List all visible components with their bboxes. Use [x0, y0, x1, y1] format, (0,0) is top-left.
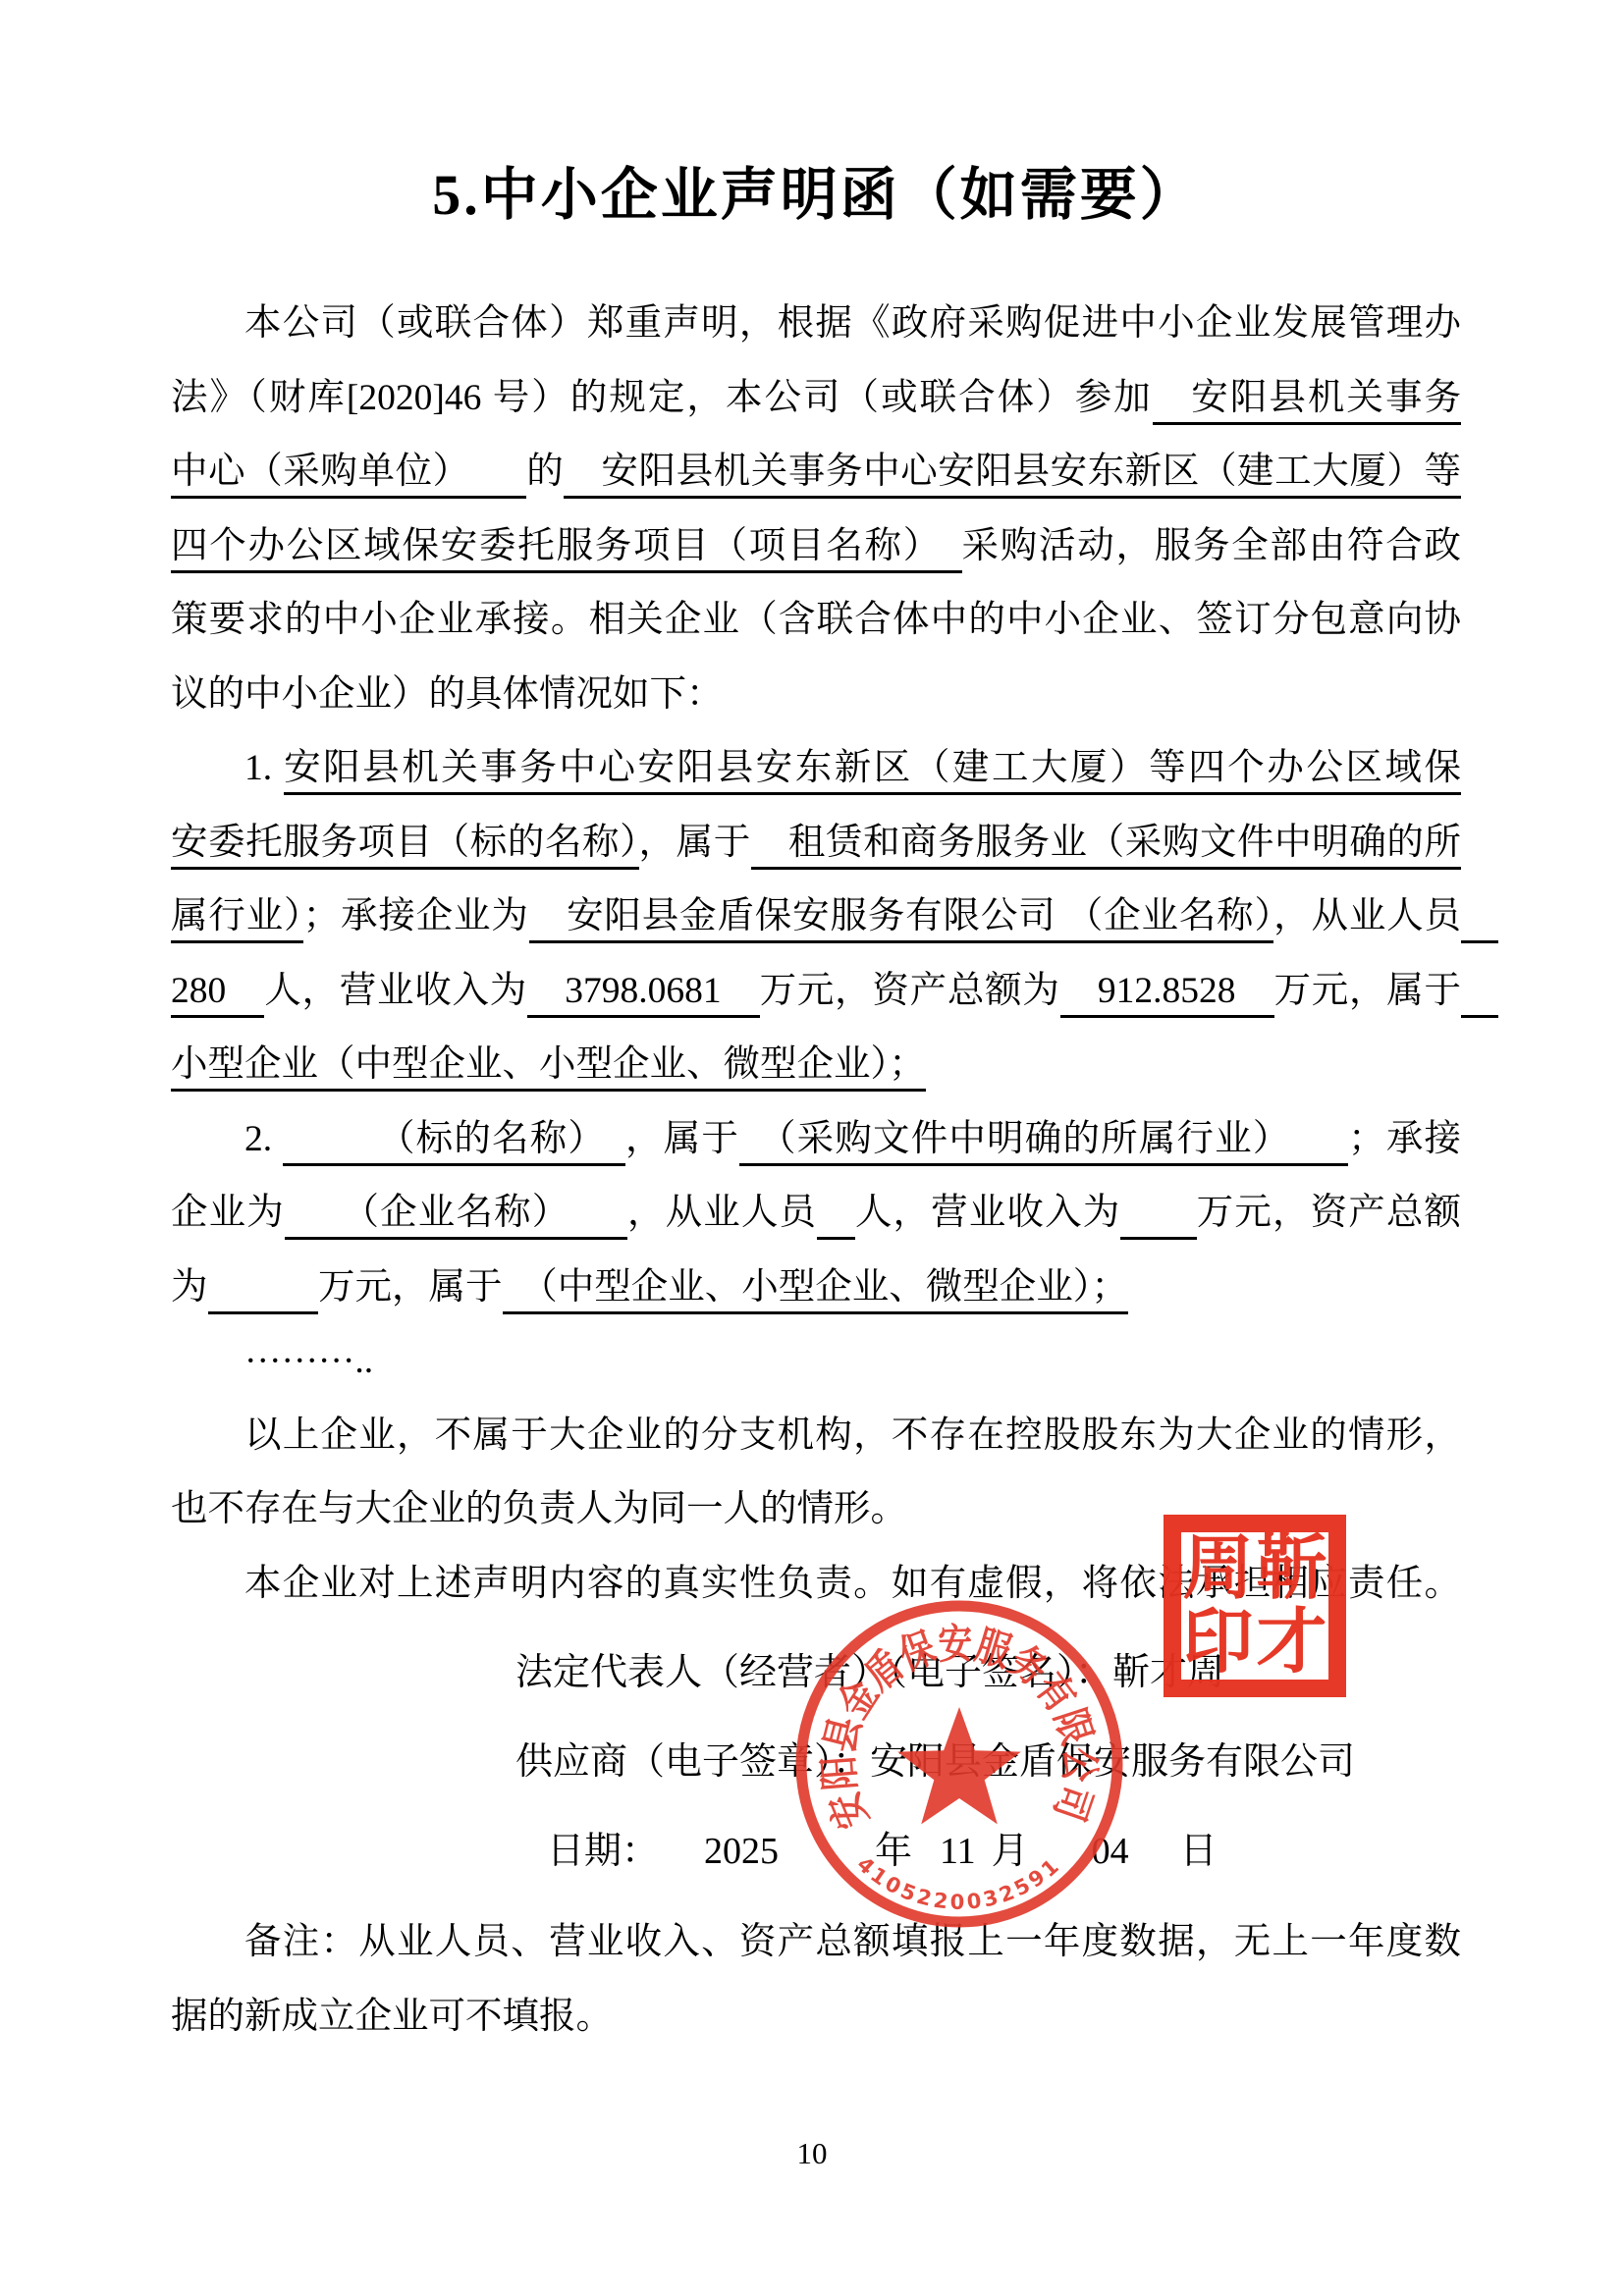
document-line: 2. （标的名称） ，属于 （采购文件中明确的所属行业） ；承接 [171, 1102, 1461, 1177]
personal-name-stamp: 周 靳 印 才 [1164, 1515, 1346, 1697]
stamp-char: 周 [1181, 1532, 1255, 1606]
stamp-char: 靳 [1255, 1532, 1328, 1606]
text-segment: 万元，资产总额 [1197, 1193, 1461, 1233]
filled-blank: 安阳县机关事务中心安阳县安东新区（建工大厦）等 [564, 452, 1461, 499]
text-segment: 为 [171, 1267, 208, 1308]
text-segment: ，从业人员 [1273, 896, 1461, 936]
date-day-unit: 日 [1180, 1831, 1218, 1872]
text-segment: 万元，资产总额为 [760, 971, 1060, 1011]
seal-star-icon [897, 1707, 1021, 1824]
text-segment: 策要求的中小企业承接。相关企业（含联合体中的中小企业、签订分包意向协 [171, 600, 1461, 640]
filled-blank: （标的名称） [283, 1119, 625, 1166]
text-segment: 据的新成立企业可不填报。 [171, 1997, 613, 2037]
document-page: 5.中小企业声明函（如需要） 本公司（或联合体）郑重声明，根据《政府采购促进中小… [0, 0, 1624, 2296]
text-segment: 企业为 [171, 1193, 285, 1233]
document-line: 本公司（或联合体）郑重声明，根据《政府采购促进中小企业发展管理办 [171, 287, 1461, 361]
date-year: 2025 [704, 1831, 779, 1872]
text-segment: 也不存在与大企业的负责人为同一人的情形。 [171, 1489, 907, 1529]
text-segment: ；承接企业为 [303, 896, 529, 936]
filled-blank: （采购文件中明确的所属行业） [739, 1119, 1348, 1166]
filled-blank: 3798.0681 [527, 971, 760, 1018]
document-line: 企业为 （企业名称） ，从业人员 人，营业收入为 万元，资产总额 [171, 1176, 1461, 1251]
document-line: 据的新成立企业可不填报。 [171, 1980, 1461, 2055]
document-line: 中心（采购单位） 的 安阳县机关事务中心安阳县安东新区（建工大厦）等 [171, 435, 1461, 509]
text-segment: ，属于 [625, 1119, 739, 1159]
text-segment: 1. [244, 748, 284, 788]
document-line: 议的中小企业）的具体情况如下： [171, 658, 1461, 732]
document-line: 四个办公区域保安委托服务项目（项目名称） 采购活动，服务全部由符合政 [171, 509, 1461, 584]
stamp-char: 印 [1181, 1606, 1255, 1680]
filled-blank: 安阳县机关事务中心安阳县安东新区（建工大厦）等四个办公区域保 [284, 748, 1461, 795]
text-segment: ，属于 [639, 823, 751, 863]
text-segment: 采购活动，服务全部由符合政 [962, 526, 1462, 566]
document-line: 1. 安阳县机关事务中心安阳县安东新区（建工大厦）等四个办公区域保 [171, 731, 1461, 806]
document-line: 安委托服务项目（标的名称），属于 租赁和商务服务业（采购文件中明确的所 [171, 806, 1461, 881]
filled-blank: （企业名称） [285, 1193, 627, 1240]
company-round-seal: 安阳县金盾保安服务有限公司 4105220032591 [783, 1587, 1136, 1941]
filled-blank [1461, 971, 1498, 1018]
filled-blank: 小型企业（中型企业、小型企业、微型企业）； [171, 1044, 926, 1092]
filled-blank [1120, 1193, 1196, 1240]
text-segment: 法》（财库[2020]46 号）的规定，本公司（或联合体）参加 [171, 378, 1153, 418]
document-line: ·········.. [171, 1324, 1461, 1399]
filled-blank: （中型企业、小型企业、微型企业）； [503, 1267, 1129, 1314]
filled-blank [208, 1267, 319, 1314]
document-title: 5.中小企业声明函（如需要） [171, 147, 1461, 243]
document-line: 属行业）；承接企业为 安阳县金盾保安服务有限公司 （企业名称），从业人员 [171, 880, 1461, 954]
page-number: 10 [0, 2136, 1624, 2171]
text-segment: 议的中小企业）的具体情况如下： [171, 674, 724, 715]
text-segment: 万元，属于 [318, 1267, 503, 1308]
document-line: 为 万元，属于 （中型企业、小型企业、微型企业）； [171, 1251, 1461, 1325]
text-segment: ；承接 [1348, 1119, 1461, 1159]
filled-blank: 租赁和商务服务业（采购文件中明确的所 [751, 823, 1461, 870]
text-segment: 2. [244, 1119, 283, 1159]
document-line: 280 人，营业收入为 3798.0681 万元，资产总额为 912.8528 … [171, 954, 1461, 1029]
filled-blank: 280 [171, 971, 264, 1018]
document-line: 以上企业，不属于大企业的分支机构，不存在控股股东为大企业的情形， [171, 1399, 1461, 1473]
text-segment: 人，营业收入为 [264, 971, 527, 1011]
filled-blank [1461, 896, 1498, 943]
filled-blank: 四个办公区域保安委托服务项目（项目名称） [171, 526, 962, 573]
filled-blank: 912.8528 [1060, 971, 1274, 1018]
filled-blank: 安阳县金盾保安服务有限公司 （企业名称） [529, 896, 1273, 943]
text-segment: ，从业人员 [627, 1193, 817, 1233]
text-segment: 万元，属于 [1274, 971, 1462, 1011]
text-segment: 本公司（或联合体）郑重声明，根据《政府采购促进中小企业发展管理办 [244, 303, 1461, 344]
stamp-char: 才 [1255, 1606, 1328, 1680]
filled-blank [817, 1193, 855, 1240]
document-line: 法》（财库[2020]46 号）的规定，本公司（或联合体）参加 安阳县机关事务 [171, 361, 1461, 436]
text-segment: ·········.. [244, 1341, 373, 1381]
document-line: 策要求的中小企业承接。相关企业（含联合体中的中小企业、签订分包意向协 [171, 583, 1461, 658]
filled-blank: 安委托服务项目（标的名称） [171, 823, 639, 870]
date-label: 日期： [547, 1831, 659, 1872]
text-segment: 的 [526, 452, 564, 492]
filled-blank: 安阳县机关事务 [1153, 378, 1461, 425]
text-segment: 人，营业收入为 [855, 1193, 1121, 1233]
document-line: 小型企业（中型企业、小型企业、微型企业）； [171, 1028, 1461, 1102]
document-body: 本公司（或联合体）郑重声明，根据《政府采购促进中小企业发展管理办法》（财库[20… [171, 287, 1461, 1621]
text-segment: 以上企业，不属于大企业的分支机构，不存在控股股东为大企业的情形， [244, 1415, 1461, 1456]
filled-blank: 属行业） [171, 896, 303, 943]
filled-blank: 中心（采购单位） [171, 452, 526, 499]
